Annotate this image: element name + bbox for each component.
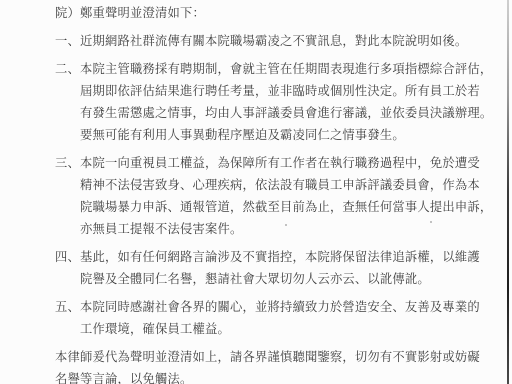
statement-item-5: 五、 本院同時感謝社會各界的關心，並將持續致力於營造安全、友善及專業的 工作環境…: [55, 296, 486, 340]
item-line: 近期網路社群流傳有關本院職場霸凌之不實訊息，對此本院說明如後。: [80, 30, 486, 52]
item-line: 本院主管職務採有聘期制，會就主管在任期間表現進行多項指標綜合評估，: [80, 58, 486, 80]
item-text: 本院主管職務採有聘期制，會就主管在任期間表現進行多項指標綜合評估， 屆期即依評估…: [80, 58, 486, 146]
item-line: 本院一向重視員工權益，為保障所有工作者在執行職務過程中，免於遭受: [80, 152, 486, 174]
item-line: 要無可能有利用人事異動程序壓迫及霸凌同仁之情事發生。: [80, 124, 486, 146]
item-text: 本院一向重視員工權益，為保障所有工作者在執行職務過程中，免於遭受 精神不法侵害致…: [80, 152, 486, 240]
item-line: 有發生需懲處之情事，均由人事評議委員會進行審議，並依委員決議辦理。: [80, 102, 486, 124]
item-text: 近期網路社群流傳有關本院職場霸凌之不實訊息，對此本院說明如後。: [80, 30, 486, 52]
item-line: 精神不法侵害致身、心理疾病，依法設有職員工申訴評議委員會，作為本: [80, 174, 486, 196]
statement-intro-line: 院）鄭重聲明並澄清如下：: [55, 2, 486, 24]
item-line: 亦無員工提報不法侵害案件。: [80, 218, 486, 240]
statement-item-4: 四、 基此，如有任何網路言論涉及不實指控，本院將保留法律追訴權，以維護 院譽及全…: [55, 246, 486, 290]
closing-line: 本律師爰代為聲明並澄清如上，請各界謹慎聽聞鑒察，切勿有不實影射或妨礙: [55, 346, 486, 368]
item-line: 屆期即依評估結果進行聘任考量，並非臨時或個別性決定。所有員工於若: [80, 80, 486, 102]
item-text: 基此，如有任何網路言論涉及不實指控，本院將保留法律追訴權，以維護 院譽及全體同仁…: [80, 246, 486, 290]
statement-item-1: 一、 近期網路社群流傳有關本院職場霸凌之不實訊息，對此本院說明如後。: [55, 30, 486, 52]
item-line: 基此，如有任何網路言論涉及不實指控，本院將保留法律追訴權，以維護: [80, 246, 486, 268]
scan-speck: [285, 224, 287, 226]
item-line: 院譽及全體同仁名譽，懇請社會大眾切勿人云亦云、以訛傳訛。: [80, 268, 486, 290]
item-number: 一、: [55, 30, 80, 52]
scanned-statement-page: 院）鄭重聲明並澄清如下： 一、 近期網路社群流傳有關本院職場霸凌之不實訊息，對此…: [0, 0, 512, 384]
item-line: 院職場暴力申訴、通報管道，然截至目前為止，查無任何當事人提出申訴，: [80, 196, 486, 218]
scan-edge-artifact: [507, 0, 509, 384]
item-number: 二、: [55, 58, 80, 146]
item-number: 三、: [55, 152, 80, 240]
item-line: 本院同時感謝社會各界的關心，並將持續致力於營造安全、友善及專業的: [80, 296, 486, 318]
item-number: 五、: [55, 296, 80, 340]
scan-speck: [430, 221, 432, 223]
statement-item-3: 三、 本院一向重視員工權益，為保障所有工作者在執行職務過程中，免於遭受 精神不法…: [55, 152, 486, 240]
closing-line: 名譽等言論，以免觸法。: [55, 368, 486, 384]
statement-item-2: 二、 本院主管職務採有聘期制，會就主管在任期間表現進行多項指標綜合評估， 屆期即…: [55, 58, 486, 146]
item-number: 四、: [55, 246, 80, 290]
closing-paragraph: 本律師爰代為聲明並澄清如上，請各界謹慎聽聞鑒察，切勿有不實影射或妨礙 名譽等言論…: [55, 346, 486, 384]
item-text: 本院同時感謝社會各界的關心，並將持續致力於營造安全、友善及專業的 工作環境，確保…: [80, 296, 486, 340]
item-line: 工作環境，確保員工權益。: [80, 318, 486, 340]
